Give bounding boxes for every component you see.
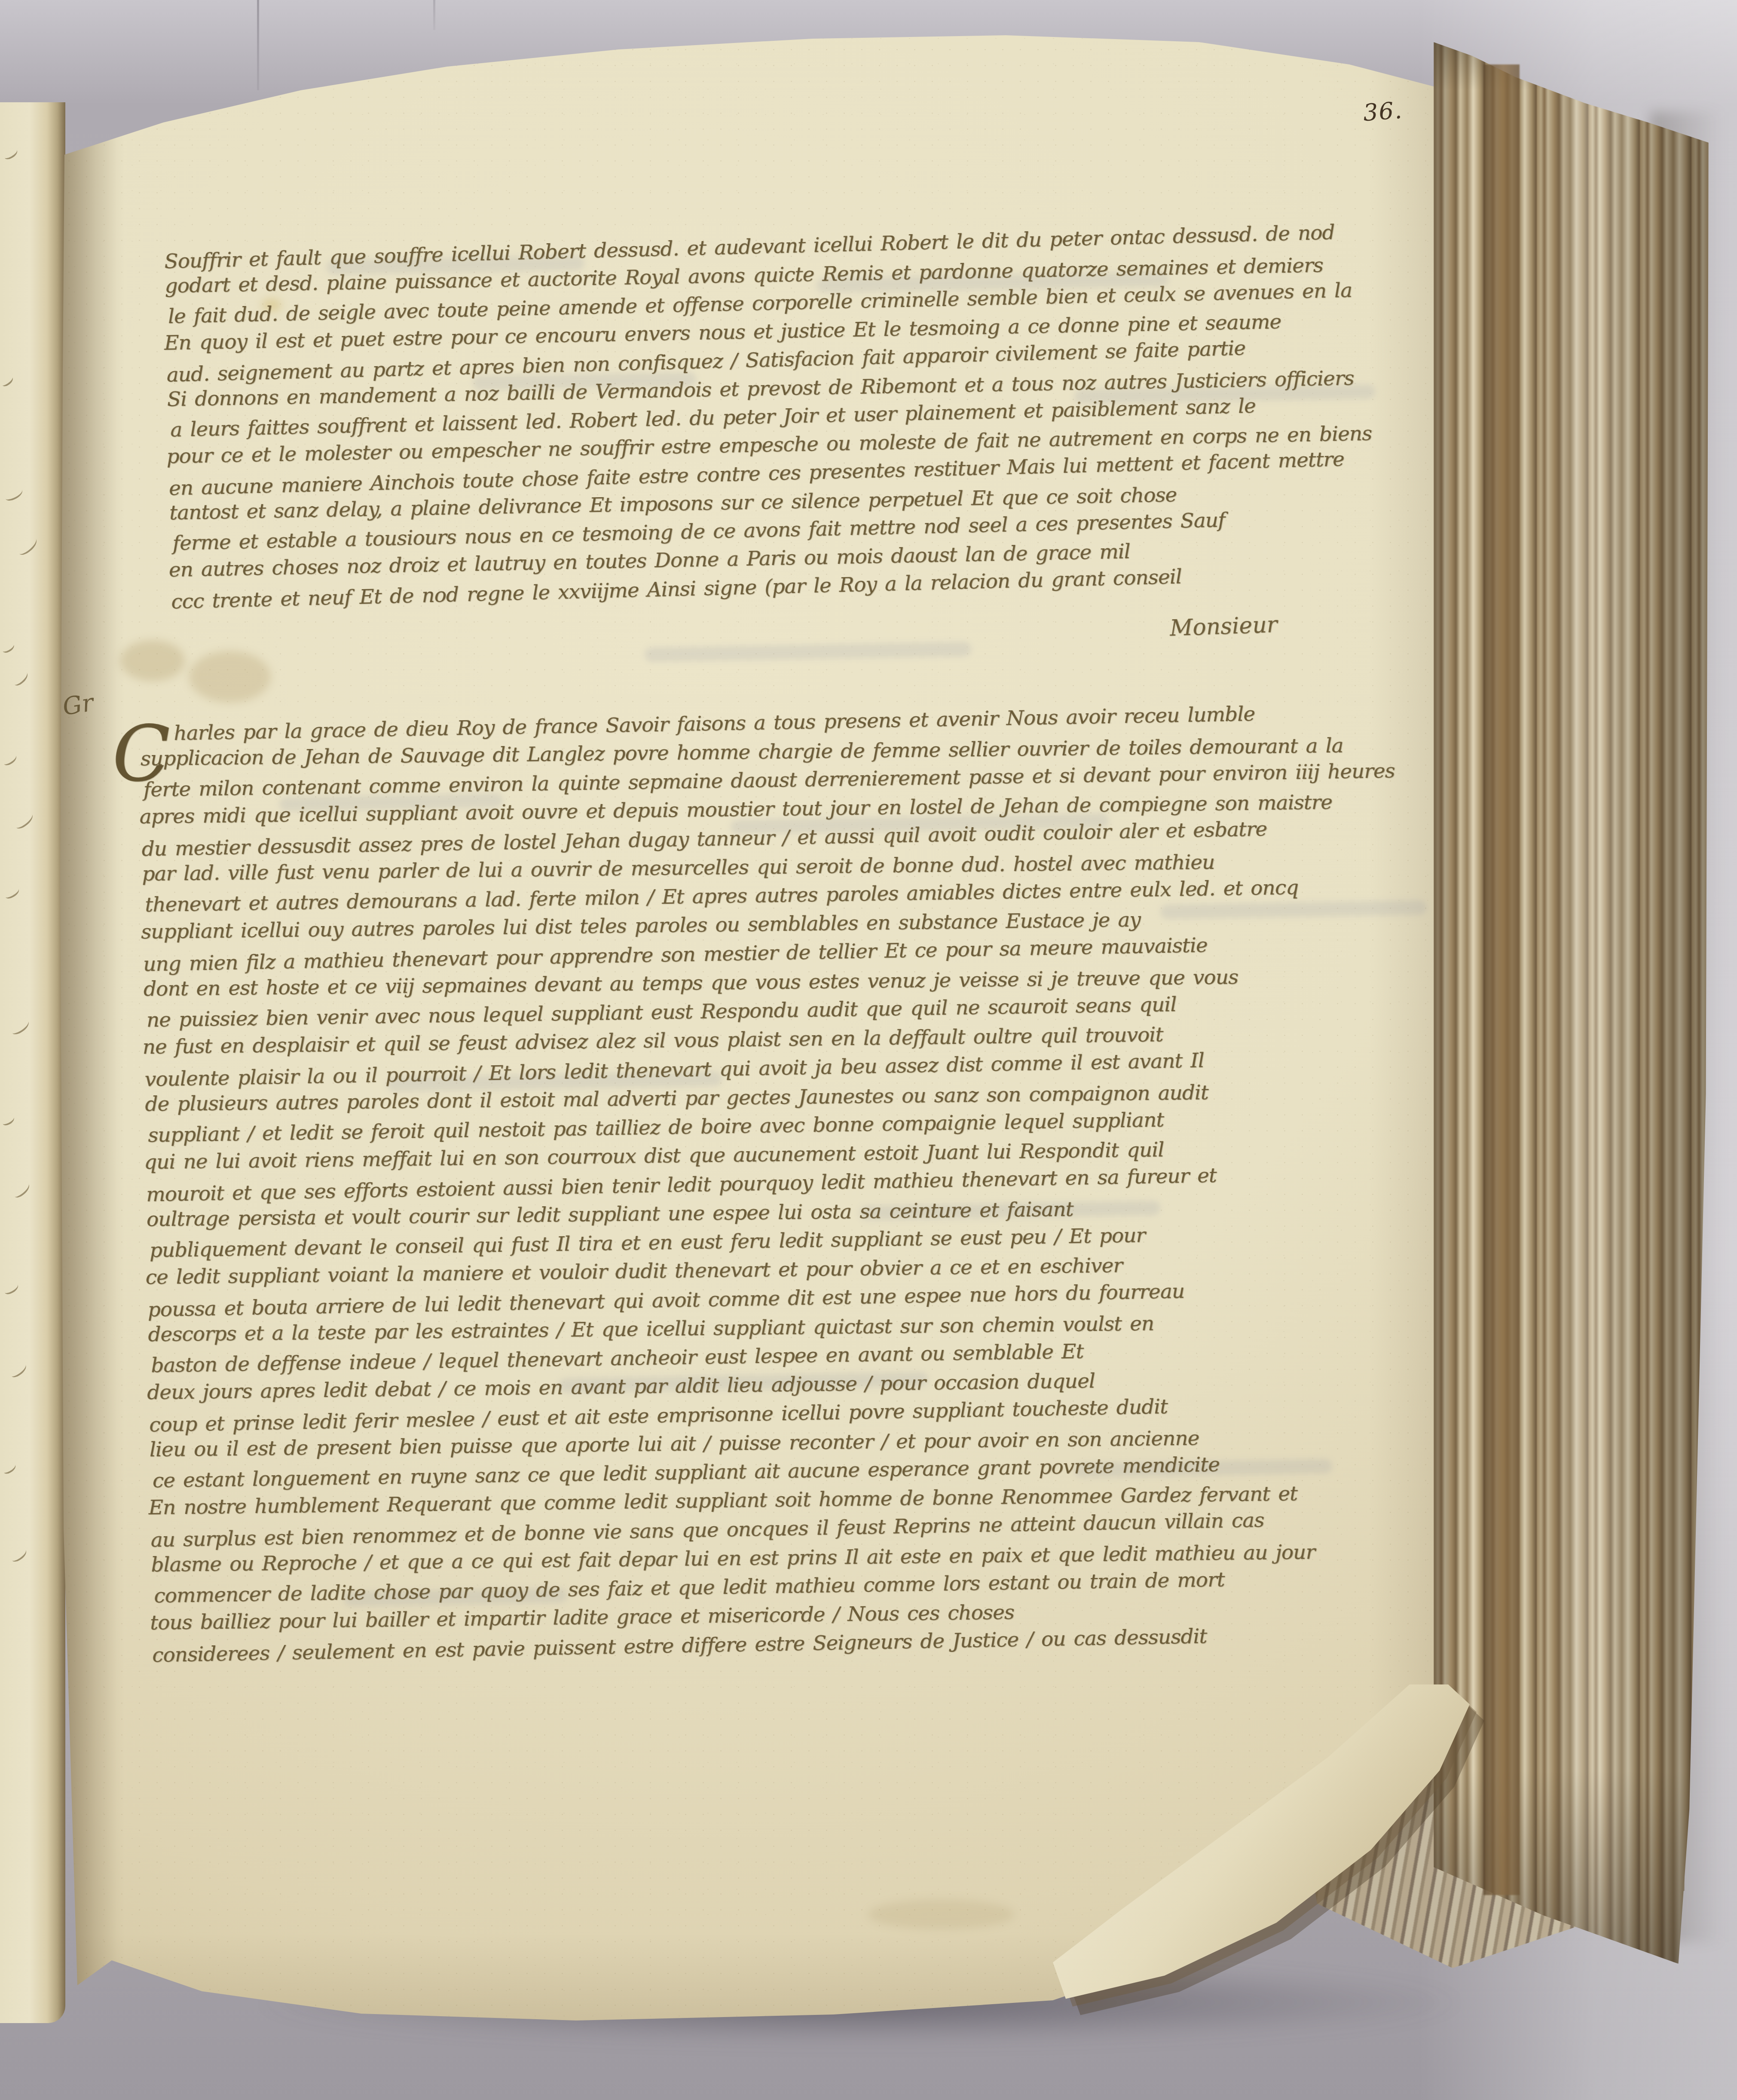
wall-seam xyxy=(433,0,435,30)
ink-fragment xyxy=(3,886,21,901)
marginal-mark: Gr xyxy=(61,689,95,721)
ink-fragment xyxy=(11,669,31,688)
ink-fragment xyxy=(1,1461,17,1475)
ink-fragment xyxy=(11,1180,32,1200)
parchment-stain xyxy=(189,651,271,703)
parchment-page: 36. Souffrir et fault que souffre icellu… xyxy=(60,26,1483,2045)
manuscript-entry-2: Charles par la grace de dieu Roy de fran… xyxy=(140,700,1425,1667)
ink-fragment xyxy=(3,486,24,503)
ink-fragment xyxy=(0,1114,15,1127)
ink-fragment xyxy=(0,641,15,654)
ink-fragment xyxy=(9,1547,29,1564)
ink-showthrough xyxy=(645,642,971,662)
wall-seam xyxy=(257,0,259,90)
parchment-stain xyxy=(120,640,185,681)
ink-fragment xyxy=(0,374,15,388)
ink-fragment xyxy=(9,1018,31,1037)
address-word: Monsieur xyxy=(1169,612,1278,642)
parchment-stain xyxy=(868,1899,1014,1929)
gutter-shadow xyxy=(60,26,125,2045)
manuscript-entry-1: Souffrir et fault que souffre icellui Ro… xyxy=(164,220,1418,613)
ink-fragment xyxy=(2,1281,20,1296)
ink-fragment xyxy=(13,810,36,831)
ink-fragment xyxy=(8,1361,28,1379)
ink-fragment xyxy=(1,752,18,767)
fore-edge-dark-band xyxy=(1483,64,1520,1895)
ink-fragment xyxy=(15,535,40,558)
manuscript-photo: 36. Souffrir et fault que souffre icellu… xyxy=(0,0,1737,2100)
facing-page-edge xyxy=(0,102,65,2023)
folio-number: 36. xyxy=(1362,97,1404,126)
fore-edge-stack xyxy=(1434,30,1709,1964)
ink-fragment xyxy=(2,147,19,161)
